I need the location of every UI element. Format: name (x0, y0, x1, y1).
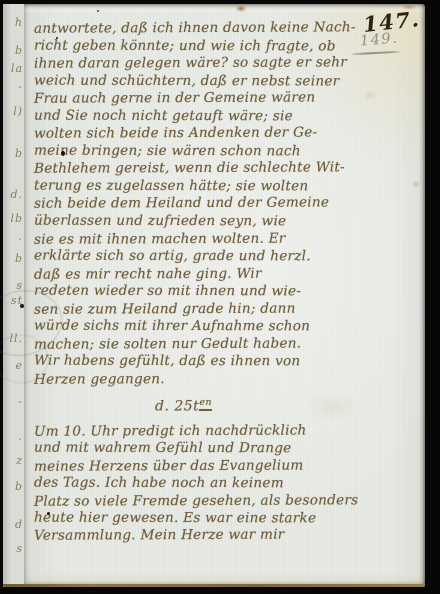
left-margin-fragment: - (18, 80, 23, 93)
handwriting-line: würde sichs mit ihrer Aufnahme schon (34, 318, 356, 336)
handwriting-line: Um 10. Uhr predigt ich nachdrücklich (34, 422, 358, 441)
handwriting-line: Herzen gegangen. (34, 370, 356, 389)
handwriting-line: und mit wahrem Gefühl und Drange (34, 440, 358, 458)
stain-spot (411, 180, 421, 189)
ink-speck (47, 512, 50, 515)
handwriting-line: erklärte sich so artig, grade und herzl. (34, 248, 356, 266)
handwriting-line: sen sie zum Heiland grade hin; dann (34, 300, 356, 319)
handwriting-paragraph-1: antwortete, daß ich ihnen davon keine Na… (34, 20, 356, 388)
handwriting-line: meine bringen; sie wären schon nach (34, 142, 356, 160)
handwriting-line: Bethlehem gereist, wenn die schlechte Wi… (34, 160, 356, 179)
handwriting-line: Wir habens gefühlt, daß es ihnen von (34, 353, 356, 371)
stain-spot (303, 392, 363, 422)
handwriting-line: überlassen und zufrieden seyn, wie (34, 213, 356, 231)
handwriting-line: daß es mir recht nahe ging. Wir (34, 265, 356, 284)
left-margin-fragment: d. (10, 188, 23, 201)
date-heading: d. 25ten (155, 397, 212, 415)
date-heading-suffix: en (199, 397, 212, 411)
left-margin-fragment: h (15, 16, 23, 29)
page-number-pencil: 149. (359, 30, 399, 49)
left-margin-fragment: z (16, 454, 23, 467)
handwriting-line: und Sie noch nicht getauft wäre; sie (34, 107, 356, 125)
handwriting-line: machen; sie solten nur Gedult haben. (34, 335, 356, 354)
left-margin-fragment: b (15, 480, 23, 493)
manuscript-photo: h b la - l) b d. lb . b s st ll. e - . z… (0, 0, 440, 594)
stain-spot (363, 90, 377, 100)
handwriting-line: meines Herzens über das Evangelium (34, 457, 358, 476)
ink-speck (20, 304, 24, 308)
handwriting-line: Frau auch gerne in der Gemeine wären (34, 89, 356, 108)
handwriting-line: terung es zugelassen hätte; sie wolten (34, 178, 356, 196)
left-margin-fragment: . (19, 230, 24, 243)
left-margin-fragment: - (18, 395, 23, 408)
handwriting-line: des Tags. Ich habe noch an keinem (34, 475, 358, 493)
ink-speck (97, 10, 99, 12)
left-margin-fragment: l) (13, 105, 23, 118)
handwriting-line: sie es mit ihnen machen wolten. Er (34, 230, 356, 249)
handwriting-line: ihnen daran gelegen wäre? so sagte er se… (34, 54, 356, 73)
handwriting-line: sich beide dem Heiland und der Gemeine (34, 195, 356, 214)
left-margin-fragment: b (15, 147, 23, 160)
left-margin-fragment: s (16, 542, 23, 555)
handwriting-line: weich und schüchtern, daß er nebst seine… (34, 72, 356, 90)
left-margin-fragment: . (19, 430, 24, 443)
handwriting-line: antwortete, daß ich ihnen davon keine Na… (34, 19, 356, 38)
left-margin-fragment: d (15, 518, 23, 531)
paper-bottom-edge (3, 584, 425, 587)
handwriting-line: Platz so viele Fremde gesehen, als beson… (34, 492, 358, 511)
handwriting-line: Versammlung. Mein Herze war mir (34, 527, 358, 546)
handwriting-line: richt geben könnte; und wie ich fragte, … (34, 37, 356, 55)
left-margin-fragment: b (15, 252, 23, 265)
left-margin-fragment: lb (10, 212, 23, 225)
stain-spot (401, 4, 417, 10)
left-margin-fragment: la (11, 62, 23, 75)
handwriting-line: redeten wieder so mit ihnen und wie- (34, 283, 356, 301)
manuscript-page: h b la - l) b d. lb . b s st ll. e - . z… (3, 4, 425, 587)
handwriting-paragraph-2: Um 10. Uhr predigt ich nachdrücklich und… (34, 423, 358, 545)
date-heading-label: d. 25t (155, 399, 199, 415)
handwriting-line: wolten sich beide ins Andenken der Ge- (34, 125, 356, 144)
stain-spot (235, 5, 247, 12)
pencil-underline (352, 51, 400, 56)
handwriting-line: heute hier gewesen. Es war eine starke (34, 510, 358, 528)
ink-speck (61, 151, 65, 156)
ink-speck (56, 37, 58, 39)
left-margin-fragment: b (15, 44, 23, 57)
